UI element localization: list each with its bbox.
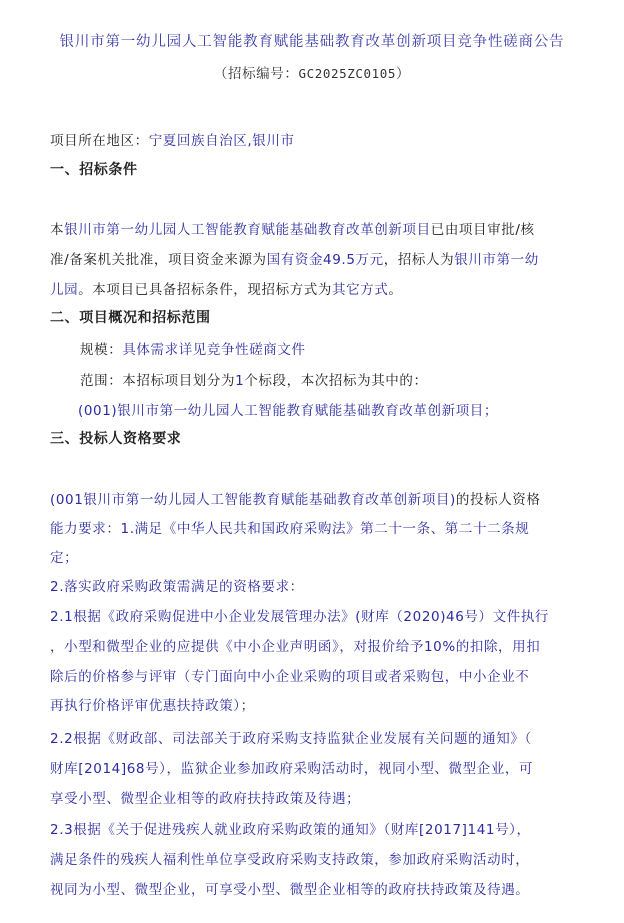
qualification-line: 2.落实政府采购政策需满足的资格要求： (50, 575, 304, 595)
text: 已由项目审批/核 (431, 222, 535, 238)
tender-number-suffix: ） (396, 66, 410, 82)
qualification-line: 除后的价格参与评审（专门面向中小企业采购的项目或者采购包，中小企业不 (50, 665, 529, 685)
tender-code: GC2025ZC0105 (298, 66, 396, 81)
qualification-line: (001银川市第一幼儿园人工智能教育赋能基础教育改革创新项目)的投标人资格 (50, 488, 541, 508)
section1-line3: 儿园。本项目已具备招标条件，现招标方式为其它方式。 (50, 278, 403, 298)
section3-heading: 三、投标人资格要求 (50, 428, 181, 448)
text: 。本项目已具备招标条件，现招标方式为 (78, 282, 332, 298)
qualification-line: ，小型和微型企业的应提供《中小企业声明函》，对报价给予10%的扣除，用扣 (50, 635, 540, 655)
text: 的投标人资格 (456, 492, 541, 508)
tenderer-name: 儿园 (50, 282, 78, 298)
qualification-line: 2.1根据《政府采购促进中小企业发展管理办法》(财库（2020)46号）文件执行 (50, 605, 549, 625)
scale-line: 规模：具体需求详见竞争性磋商文件 (80, 338, 306, 358)
lot-count: 1 (235, 373, 244, 389)
section1-heading: 一、招标条件 (50, 159, 138, 179)
qualification-line: 财库[2014]68号），监狱企业参加政府采购活动时，视同小型、微型企业，可 (50, 757, 533, 777)
qualification-line: 2.3根据《关于促进残疾人就业政府采购政策的通知》（财库[2017]141号）， (50, 818, 531, 838)
qualification-line: 定； (50, 546, 78, 566)
text: 范围：本招标项目划分为 (80, 373, 235, 389)
qualification-line: 能力要求：1.满足《中华人民共和国政府采购法》第二十一条、第二十二条规 (50, 517, 529, 537)
qualification-line: 满足条件的残疾人福利性单位享受政府采购支持政策，参加政府采购活动时， (50, 848, 529, 868)
lot-item: (001)银川市第一幼儿园人工智能教育赋能基础教育改革创新项目； (78, 399, 498, 419)
project-ref: (001银川市第一幼儿园人工智能教育赋能基础教育改革创新项目) (50, 492, 456, 508)
tender-number: （招标编号：GC2025ZC0105） (0, 62, 624, 82)
tender-number-prefix: （招标编号： (214, 66, 299, 82)
text: 。 (388, 282, 402, 298)
region-label: 项目所在地区： (50, 133, 149, 149)
announcement-title: 银川市第一幼儿园人工智能教育赋能基础教育改革创新项目竞争性磋商公告 (0, 30, 624, 51)
text: 本 (50, 222, 64, 238)
range-line: 范围：本招标项目划分为1个标段，本次招标为其中的： (80, 369, 428, 389)
section2-heading: 二、项目概况和招标范围 (50, 307, 211, 327)
tenderer-name: 银川市第一幼 (454, 252, 539, 268)
project-region: 项目所在地区：宁夏回族自治区,银川市 (50, 129, 295, 149)
qualification-line: 视同为小型、微型企业，可享受小型、微型企业相等的政府扶持政策及待遇。 (50, 878, 529, 898)
qualification-line: 享受小型、微型企业相等的政府扶持政策及待遇； (50, 787, 360, 807)
scale-label: 规模： (80, 342, 122, 358)
text: 准/备案机关批准，项目资金来源为 (50, 252, 267, 268)
region-value: 宁夏回族自治区,银川市 (149, 133, 295, 149)
fund-source: 国有资金49.5万元 (267, 252, 384, 268)
text: 个标段，本次招标为其中的： (244, 373, 427, 389)
scale-value: 具体需求详见竞争性磋商文件 (122, 342, 305, 358)
qualification-line: 2.2根据《财政部、司法部关于政府采购支持监狱企业发展有关问题的通知》（ (50, 727, 532, 747)
project-name: 银川市第一幼儿园人工智能教育赋能基础教育改革创新项目 (64, 222, 431, 238)
section1-line1: 本银川市第一幼儿园人工智能教育赋能基础教育改革创新项目已由项目审批/核 (50, 218, 535, 238)
tender-method: 其它方式 (332, 282, 388, 298)
text: ，招标人为 (384, 252, 455, 268)
section1-line2: 准/备案机关批准，项目资金来源为国有资金49.5万元，招标人为银川市第一幼 (50, 248, 539, 268)
qualification-line: 再执行价格评审优惠扶持政策）； (50, 694, 255, 714)
